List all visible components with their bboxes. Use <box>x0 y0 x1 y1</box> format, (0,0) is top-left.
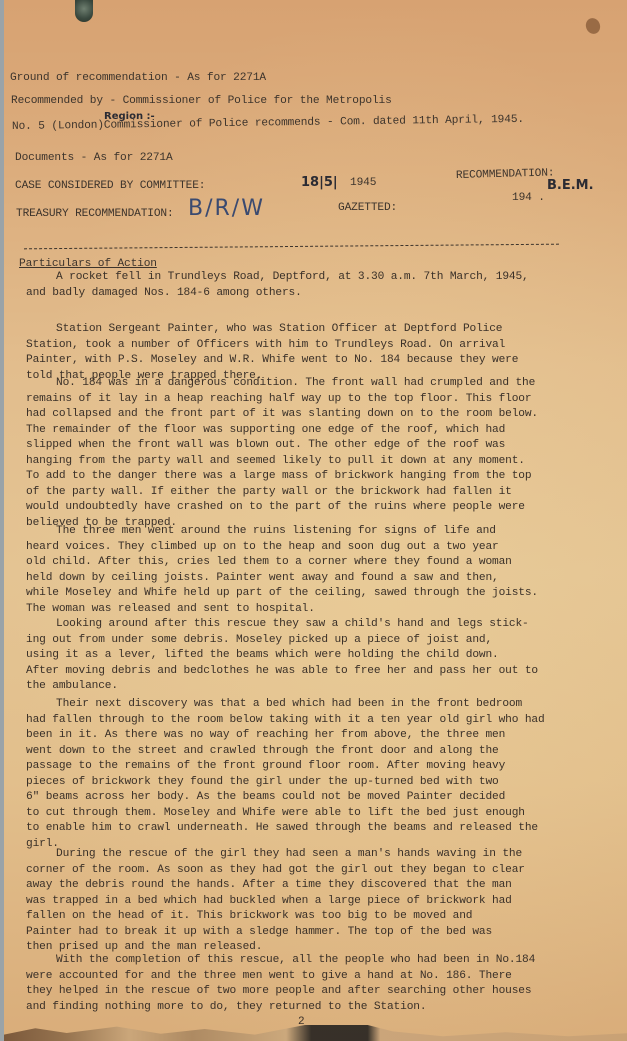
ground-line: Ground of recommendation - As for 2271A <box>10 72 266 84</box>
recommendation-label: RECOMMENDATION: <box>456 167 555 182</box>
document-page: Ground of recommendation - As for 2271A … <box>4 0 627 1041</box>
no5-line: No. 5 (London)Commissioner of Police rec… <box>12 114 524 133</box>
paragraph-8: With the completion of this rescue, all … <box>26 953 586 1015</box>
recommendation-handwritten: B.E.M. <box>547 178 594 193</box>
gazetted-year: 194 . <box>512 192 545 204</box>
paragraph-7: During the rescue of the girl they had s… <box>26 847 586 956</box>
documents-line: Documents - As for 2271A <box>15 152 173 164</box>
treasury-label: TREASURY RECOMMENDATION: <box>16 208 174 220</box>
torn-bottom-edge <box>4 1025 627 1041</box>
recommended-by-line: Recommended by - Commissioner of Police … <box>11 95 392 107</box>
paragraph-6: Their next discovery was that a bed whic… <box>26 697 586 852</box>
paragraph-5: Looking around after this rescue they sa… <box>26 617 586 695</box>
case-considered-label: CASE CONSIDERED BY COMMITTEE: <box>15 180 205 192</box>
paragraph-2: Station Sergeant Painter, who was Statio… <box>26 322 586 384</box>
gazetted-label: GAZETTED: <box>338 202 397 214</box>
paragraph-1: A rocket fell in Trundleys Road, Deptfor… <box>26 270 586 301</box>
ink-stain <box>584 16 603 36</box>
paragraph-3: No. 184 was in a dangerous condition. Th… <box>26 376 586 531</box>
punch-hole <box>75 0 93 22</box>
paragraph-4: The three men went around the ruins list… <box>26 524 586 617</box>
divider-line <box>24 244 559 250</box>
case-date-handwritten: 18|5| <box>301 175 338 190</box>
section-title: Particulars of Action <box>19 258 157 270</box>
treasury-handwritten: B/R/W <box>188 196 265 221</box>
case-year: 1945 <box>350 177 376 189</box>
